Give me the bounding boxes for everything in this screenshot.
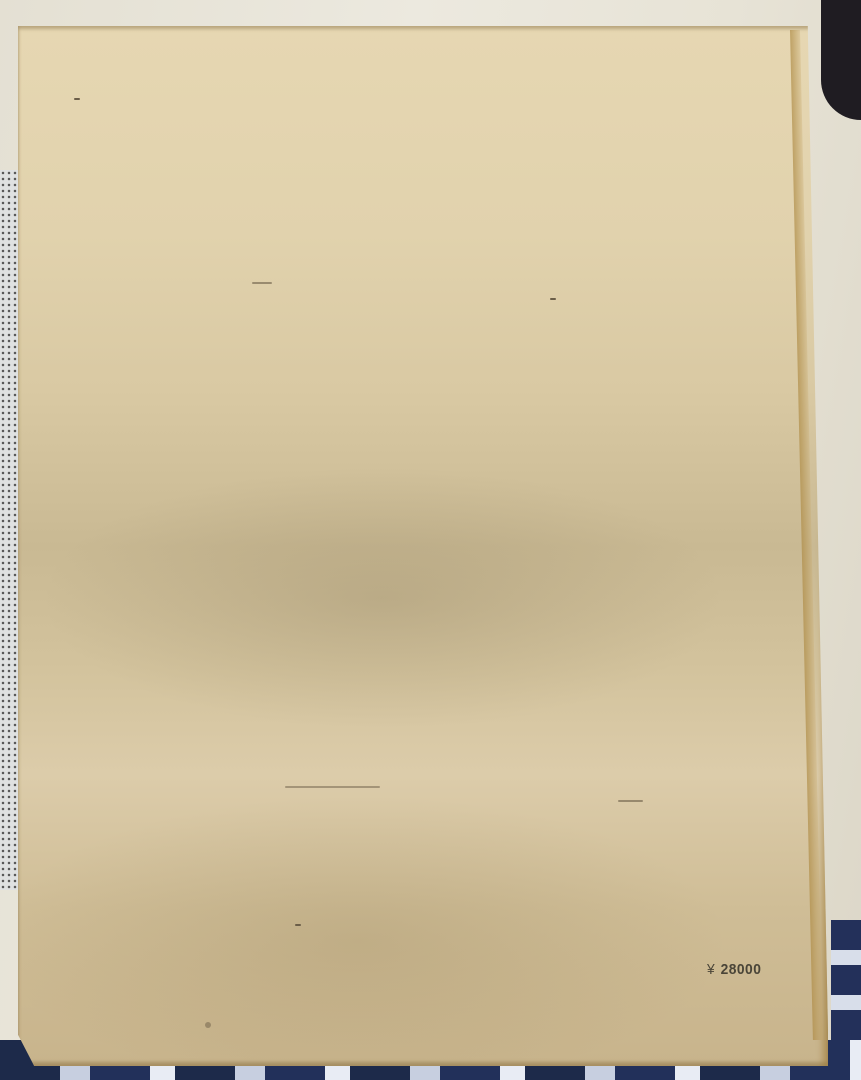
- paper-speck: [285, 786, 380, 788]
- background-blanket-right: [831, 920, 861, 1040]
- paper-speck: [74, 98, 80, 100]
- paper-speck: [550, 298, 556, 300]
- background-dark-corner: [821, 0, 861, 120]
- paper-speck: [295, 924, 301, 926]
- book-case-back: [18, 26, 828, 1066]
- price-amount: 28000: [721, 961, 762, 978]
- yen-symbol: ¥: [707, 961, 715, 978]
- paper-speck: [618, 800, 643, 802]
- price-label: ¥28000: [707, 961, 761, 978]
- paper-speck: [205, 1022, 211, 1028]
- background-mesh-fabric: [0, 170, 20, 890]
- paper-speck: [252, 282, 272, 284]
